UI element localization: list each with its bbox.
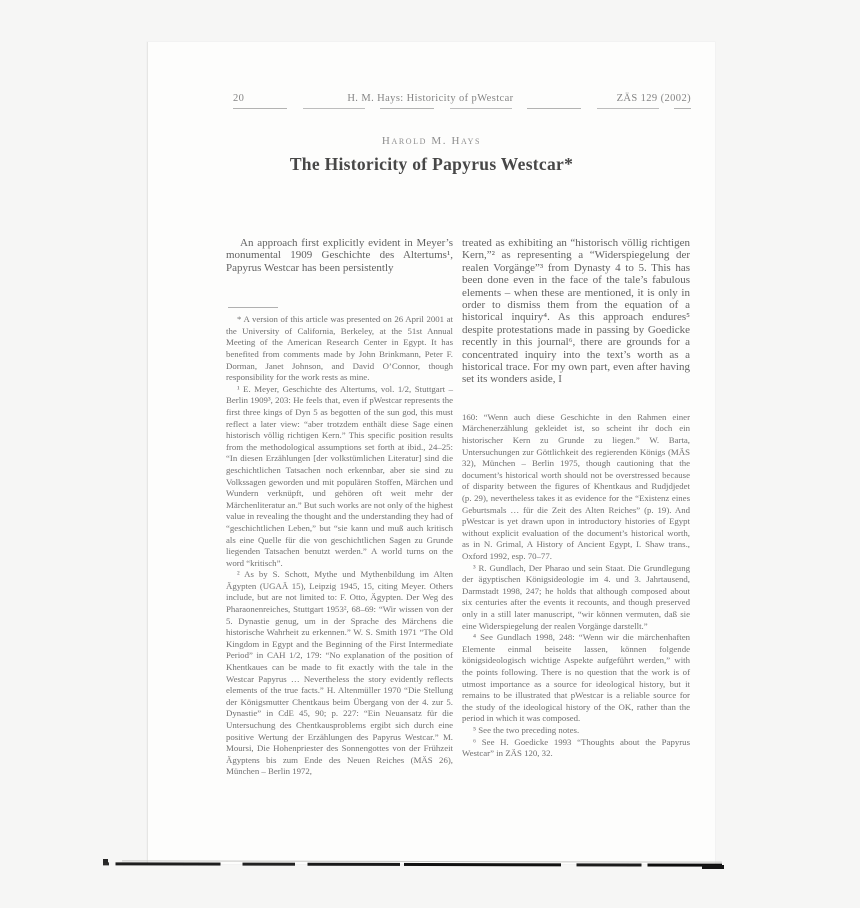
- body-paragraph-left: An approach first explicitly evident in …: [226, 237, 453, 274]
- footnote-star: * A version of this article was presente…: [226, 314, 453, 384]
- footnote-2: ² As by S. Schott, Mythe und Mythenbildu…: [226, 569, 453, 778]
- footnote-1: ¹ E. Meyer, Geschichte des Altertums, vo…: [226, 384, 453, 570]
- author-name: Harold M. Hays: [148, 135, 715, 147]
- footnote-3: ³ R. Gundlach, Der Pharao und sein Staat…: [462, 563, 690, 633]
- scan-edge-tick: [103, 859, 108, 863]
- article-title: The Historicity of Papyrus Westcar*: [148, 154, 715, 175]
- page-number: 20: [233, 93, 244, 104]
- right-column: treated as exhibiting an “historisch völ…: [462, 237, 690, 778]
- footnote-6: ⁶ See H. Goedicke 1993 “Thoughts about t…: [462, 737, 690, 760]
- scanned-page: 20 H. M. Hays: Historicity of pWestcar Z…: [147, 42, 715, 864]
- running-title: H. M. Hays: Historicity of pWestcar: [347, 93, 513, 104]
- footnote-4: ⁴ See Gundlach 1998, 248: “Wenn wir die …: [462, 632, 690, 725]
- footnote-5: ⁵ See the two preceding notes.: [462, 725, 690, 737]
- header-rule: [233, 108, 691, 109]
- scan-bottom-edge: [103, 862, 722, 866]
- body-paragraph-right: treated as exhibiting an “historisch völ…: [462, 237, 690, 386]
- footnote-2-continuation: 160: “Wenn auch diese Geschichte in den …: [462, 412, 690, 563]
- footnote-separator-rule: [228, 307, 278, 308]
- journal-reference: ZÄS 129 (2002): [617, 93, 691, 104]
- text-columns: An approach first explicitly evident in …: [226, 237, 690, 778]
- right-footnote-block: 160: “Wenn auch diese Geschichte in den …: [462, 412, 690, 760]
- page-header: 20 H. M. Hays: Historicity of pWestcar Z…: [233, 93, 691, 107]
- scan-edge-artifact: [702, 865, 724, 869]
- left-column: An approach first explicitly evident in …: [226, 237, 453, 778]
